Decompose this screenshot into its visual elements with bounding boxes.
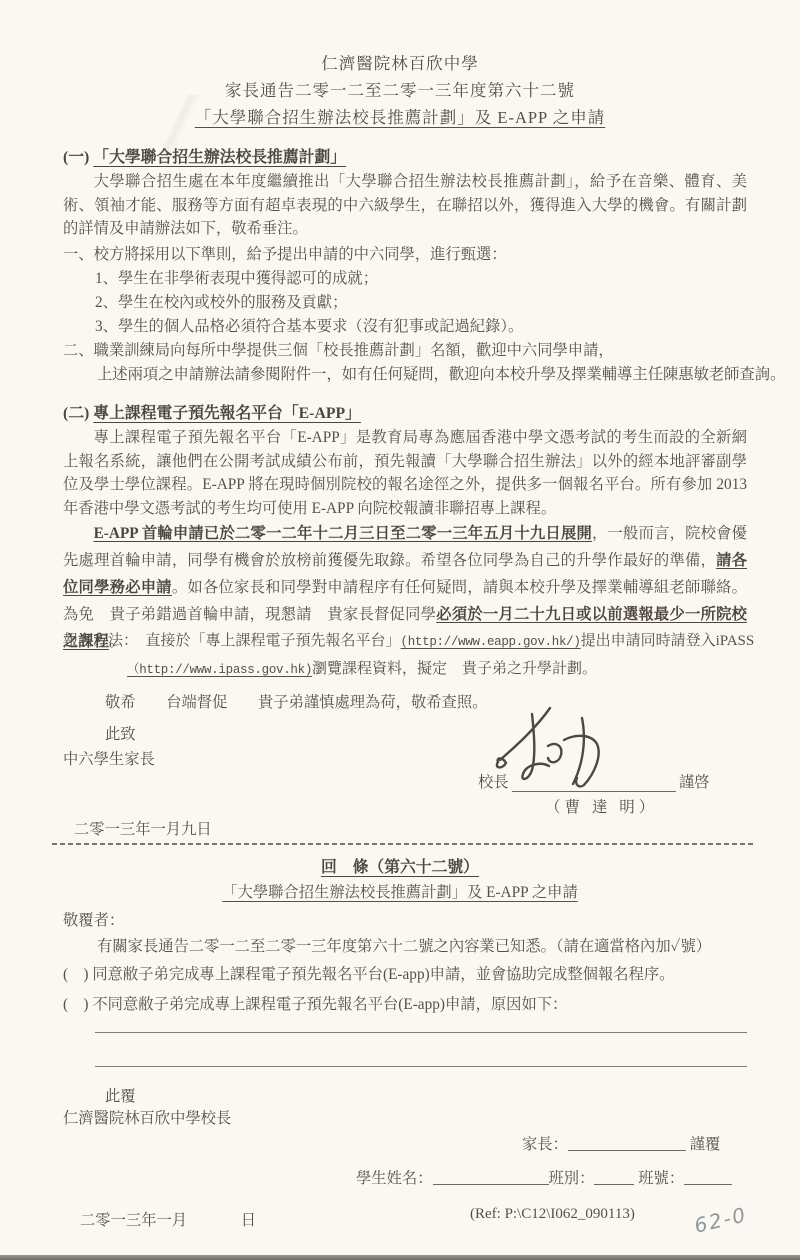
reply-footer-date-day: 日 xyxy=(241,1212,256,1229)
reply-footer-date: 二零一三年一月 日 xyxy=(80,1208,256,1230)
closing-request-line: 敬希 台端督促 貴子弟謹慎處理為荷，敬希查照。 xyxy=(105,690,487,712)
option-disagree-text: 不同意敝子弟完成專上課程電子預先報名平台(E-app)申請，原因如下： xyxy=(92,996,567,1013)
enquiry-line: 上述兩項之申請辦法請參閱附件一，如有任何疑問，歡迎向本校升學及擇業輔導主任陳惠敏… xyxy=(97,362,785,384)
principal-label: 校長 xyxy=(478,770,509,792)
reason-blank-line-1 xyxy=(95,1032,747,1033)
scanner-edge-band xyxy=(0,1255,800,1260)
respectfully-label: 謹啓 xyxy=(679,770,710,792)
section2-heading: (二) 專上課程電子預先報名平台「E-APP」 xyxy=(63,400,361,423)
cut-divider xyxy=(52,843,756,845)
option-disagree-row: ( ) 不同意敝子弟完成專上課程電子預先報名平台(E-app)申請，原因如下： xyxy=(63,992,567,1014)
class-number-label: 班號： xyxy=(638,1166,684,1188)
reply-footer-date-month: 二零一三年一月 xyxy=(80,1212,187,1229)
eapp-round-dates: E-APP 首輪申請已於二零一二年十二月三日至二零一三年五月十九日展開 xyxy=(94,525,592,542)
application-method-line2: （http://www.ipass.gov.hk)瀏覽課程資料，擬定 貴子弟之升… xyxy=(127,657,597,678)
scanned-notice-page: 仁濟醫院林百欣中學 家長通告二零一二至二零一三年度第六十二號 「大學聯合招生辦法… xyxy=(0,0,800,1260)
reply-close-label: 此覆 xyxy=(105,1084,136,1106)
parent-signature-row: 家長： 謹覆 xyxy=(522,1132,720,1154)
criteria-1: 1、學生在非學術表現中獲得認可的成就； xyxy=(95,266,378,288)
reply-slip-title: 回 條（第六十二號） xyxy=(0,854,800,877)
class-line xyxy=(594,1184,634,1185)
option-agree-text: 同意敝子弟完成專上課程電子預先報名平台(E-app)申請，並會協助完成整個報名程… xyxy=(92,966,674,983)
application-method-line1: 報名方法： 直接於「專上課程電子預先報名平台」(http://www.eapp.… xyxy=(63,629,754,650)
class-number-line xyxy=(684,1184,732,1185)
eapp-intro-paragraph: 專上課程電子預先報名平台「E-APP」是教育局專為應屆香港中學文憑考試的考生而設… xyxy=(63,426,747,520)
notice-subject-text: 「大學聯合招生辦法校長推薦計劃」及 E-APP 之申請 xyxy=(195,108,605,127)
letter-date: 二零一三年一月九日 xyxy=(74,817,212,839)
reply-slip-subtitle-text: 「大學聯合招生辦法校長推薦計劃」及 E-APP 之申請 xyxy=(222,884,578,901)
reference-code: (Ref: P:\C12\I062_090113) xyxy=(470,1206,635,1223)
principal-name: （曹 達 明） xyxy=(545,795,658,817)
notice-number: 家長通告二零一二至二零一三年度第六十二號 xyxy=(0,77,800,101)
agree-checkbox: ( ) xyxy=(63,966,89,983)
method-text-pre: 直接於「專上課程電子預先報名平台」 xyxy=(146,633,401,649)
student-info-row: 學生姓名： 班別： 班號： xyxy=(356,1166,732,1188)
principal-signature xyxy=(492,700,642,795)
reply-slip-title-text: 回 條（第六十二號） xyxy=(321,859,479,876)
school-name: 仁濟醫院林百欣中學 xyxy=(0,50,800,74)
reply-slip-subtitle: 「大學聯合招生辦法校長推薦計劃」及 E-APP 之申請 xyxy=(0,880,800,902)
reply-salutation: 敬覆者： xyxy=(63,908,124,930)
method-text-post2: 瀏覽課程資料，擬定 貴子弟之升學計劃。 xyxy=(312,661,597,677)
criteria-intro: 一、校方將採用以下準則，給予提出申請的中六同學，進行甄選： xyxy=(63,242,507,264)
reason-blank-line-2 xyxy=(95,1066,747,1067)
reply-acknowledgement: 有關家長通告二零一二至二零一三年度第六十二號之內容業已知悉。（請在適當格內加✓號… xyxy=(97,934,711,956)
eapp-url: (http://www.eapp.gov.hk/) xyxy=(401,635,581,649)
principal-signature-line xyxy=(512,791,676,792)
section1-title: 「大學聯合招生辦法校長推薦計劃」 xyxy=(93,149,346,166)
method-label: 報名方法： xyxy=(63,633,138,649)
section1-number: (一) xyxy=(63,149,89,166)
section2-title: 專上課程電子預先報名平台「E-APP」 xyxy=(93,405,361,422)
parent-label: 家長： xyxy=(522,1132,568,1154)
parent-signature-line xyxy=(568,1150,686,1151)
section1-heading: (一) 「大學聯合招生辦法校長推薦計劃」 xyxy=(63,144,346,167)
method-text-post: 提出申請同時請登入iPASS xyxy=(581,633,755,649)
section2-number: (二) xyxy=(63,405,89,422)
reply-close-recipient: 仁濟醫院林百欣中學校長 xyxy=(63,1106,231,1128)
ipass-url: （http://www.ipass.gov.hk) xyxy=(127,663,312,677)
criteria-3: 3、學生的個人品格必須符合基本要求（沒有犯事或記過紀錄）。 xyxy=(95,314,523,336)
student-name-line xyxy=(433,1184,549,1185)
vtc-quota-line: 二、職業訓練局向每所中學提供三個「校長推薦計劃」名額，歡迎中六同學申請， xyxy=(63,338,614,360)
student-name-label: 學生姓名： xyxy=(356,1166,433,1188)
criteria-2: 2、學生在校內或校外的服務及貢獻； xyxy=(95,290,347,312)
disagree-checkbox: ( ) xyxy=(63,996,89,1013)
handwritten-filing-note: 62-0 xyxy=(692,1202,749,1237)
notice-subject: 「大學聯合招生辦法校長推薦計劃」及 E-APP 之申請 xyxy=(0,104,800,128)
section1-paragraph: 大學聯合招生處在本年度繼續推出「大學聯合招生辦法校長推薦計劃」，給予在音樂、體育… xyxy=(63,170,747,241)
letter-to-label: 此致 xyxy=(105,722,136,744)
letter-recipient: 中六學生家長 xyxy=(63,747,155,769)
option-agree-row: ( ) 同意敝子弟完成專上課程電子預先報名平台(E-app)申請，並會協助完成整… xyxy=(63,962,674,984)
class-label: 班別： xyxy=(549,1166,595,1188)
parent-respect-label: 謹覆 xyxy=(690,1132,721,1154)
